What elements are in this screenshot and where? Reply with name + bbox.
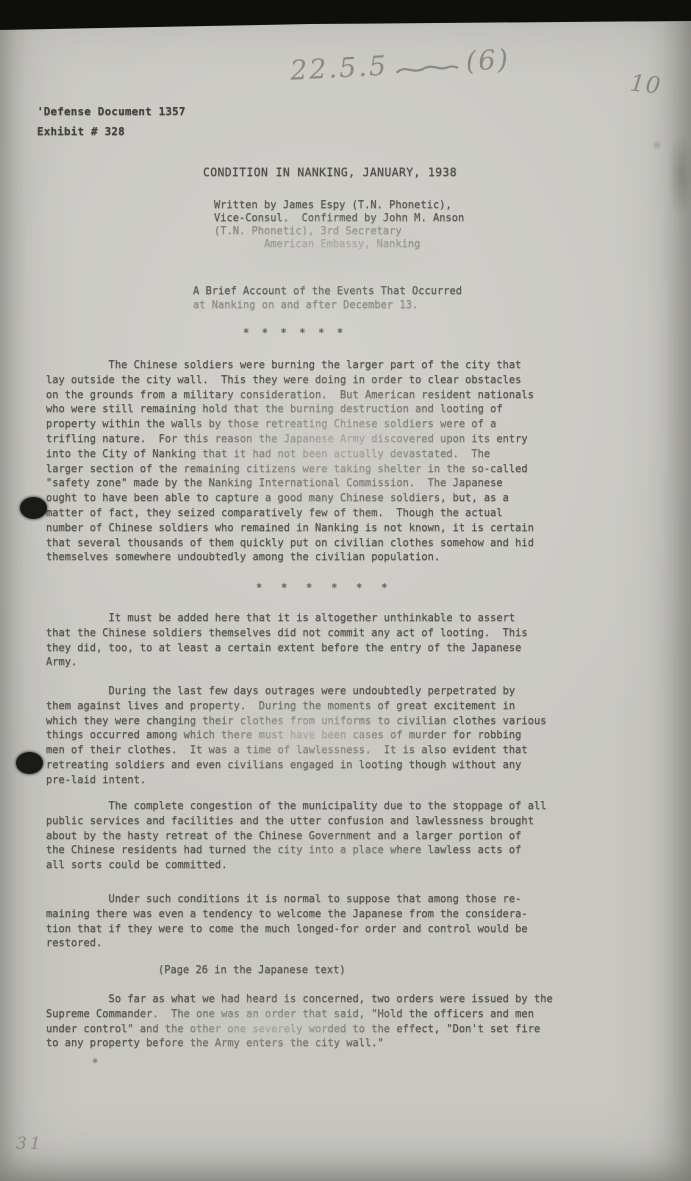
text-line: lay outside the city wall. This they wer… (46, 373, 534, 388)
hole-punch-mark (20, 497, 47, 519)
asterisk-separator: * * * * * * (256, 581, 387, 596)
text-line: larger section of the remaining citizens… (46, 462, 534, 477)
text-line: (T.N. Phonetic), 3rd Secretary (214, 225, 464, 238)
document-header: 'Defense Document 1357Exhibit # 328 (37, 102, 186, 141)
text-line: things occurred among which there must h… (46, 728, 546, 743)
text-line: them against lives and property. During … (46, 699, 546, 714)
text-line: which they were changing their clothes f… (46, 714, 546, 729)
text-line: During the last few days outrages were u… (46, 684, 546, 699)
text-line: It must be added here that it is altoget… (46, 611, 528, 626)
handwritten-annotation-top: 22.5.5 (6) (289, 41, 511, 89)
text-line: ought to have been able to capture a goo… (46, 491, 534, 506)
text-line: 'Defense Document 1357 (37, 102, 186, 122)
subtitle: A Brief Account of the Events That Occur… (193, 285, 462, 312)
asterisk-separator: * * * * * * (243, 326, 343, 341)
text-line: number of Chinese soldiers who remained … (46, 521, 534, 536)
text-line: maining there was even a tendency to wel… (46, 907, 528, 922)
text-line: the Chinese residents had turned the cit… (46, 843, 546, 858)
text-line: under control" and the other one severel… (46, 1022, 553, 1037)
text-line: who were still remaining hold that the b… (46, 402, 534, 417)
document-page: 22.5.5 (6) 10 'Defense Document 1357Exhi… (0, 0, 691, 1181)
parenthetical-note: (Page 26 in the Japanese text) (158, 963, 346, 978)
text-line: "safety zone" made by the Nanking Intern… (46, 476, 534, 491)
text-line: So far as what we had heard is concerned… (46, 992, 553, 1007)
text-line: all sorts could be committed. (46, 858, 546, 873)
text-line: to any property before the Army enters t… (46, 1036, 553, 1051)
handwritten-page-number-top: 10 (629, 70, 663, 99)
document-title: CONDITION IN NANKING, JANUARY, 1938 (203, 165, 457, 180)
handwritten-dash-stroke (394, 50, 460, 84)
text-line: tion that if they were to come the much … (46, 922, 528, 937)
hole-punch-mark (16, 752, 43, 774)
text-line: The complete congestion of the municipal… (46, 799, 546, 814)
paragraph-2: It must be added here that it is altoget… (46, 611, 528, 670)
text-line: that the Chinese soldiers themselves did… (46, 626, 528, 641)
text-line: Supreme Commander. The one was an order … (46, 1007, 553, 1022)
paragraph-5: Under such conditions it is normal to su… (46, 892, 528, 951)
text-line: they did, too, to at least a certain ext… (46, 641, 528, 656)
text-line: Vice-Consul. Confirmed by John M. Anson (214, 212, 464, 225)
text-line: Exhibit # 328 (37, 122, 186, 142)
scan-border-top (0, 0, 691, 30)
text-line: pre-laid intent. (46, 773, 546, 788)
text-line: American Embassy, Nanking (214, 238, 464, 251)
text-line: men of their clothes. It was a time of l… (46, 743, 546, 758)
text-line: themselves somewhere undoubtedly among t… (46, 550, 534, 565)
text-line: public services and facilities and the u… (46, 814, 546, 829)
text-line: A Brief Account of the Events That Occur… (193, 285, 462, 299)
scan-smudge (668, 130, 691, 220)
footnote-asterisk: * (92, 1056, 98, 1071)
scan-smudge (652, 140, 662, 150)
text-line: Army. (46, 655, 528, 670)
text-line: on the grounds from a military considera… (46, 388, 534, 403)
text-line: trifling nature. For this reason the Jap… (46, 432, 534, 447)
text-line: Written by James Espy (T.N. Phonetic), (214, 199, 464, 212)
text-line: The Chinese soldiers were burning the la… (46, 358, 534, 373)
text-line: matter of fact, they seized comparativel… (46, 506, 534, 521)
text-line: into the City of Nanking that it had not… (46, 447, 534, 462)
byline: Written by James Espy (T.N. Phonetic),Vi… (214, 199, 464, 251)
text-line: about by the hasty retreat of the Chines… (46, 829, 546, 844)
paragraph-3: During the last few days outrages were u… (46, 684, 546, 788)
text-line: restored. (46, 936, 528, 951)
text-line: at Nanking on and after December 13. (193, 299, 462, 313)
paragraph-4: The complete congestion of the municipal… (46, 799, 546, 873)
paragraph-1: The Chinese soldiers were burning the la… (46, 358, 534, 565)
text-line: that several thousands of them quickly p… (46, 536, 534, 551)
text-line: Under such conditions it is normal to su… (46, 892, 528, 907)
paragraph-6: So far as what we had heard is concerned… (46, 992, 553, 1051)
handwritten-number: 22.5.5 (289, 51, 388, 87)
handwritten-page-number-bottom: 31 (16, 1134, 44, 1154)
handwritten-paren-number: (6) (465, 44, 511, 77)
text-line: property within the walls by those retre… (46, 417, 534, 432)
text-line: retreating soldiers and even civilians e… (46, 758, 546, 773)
